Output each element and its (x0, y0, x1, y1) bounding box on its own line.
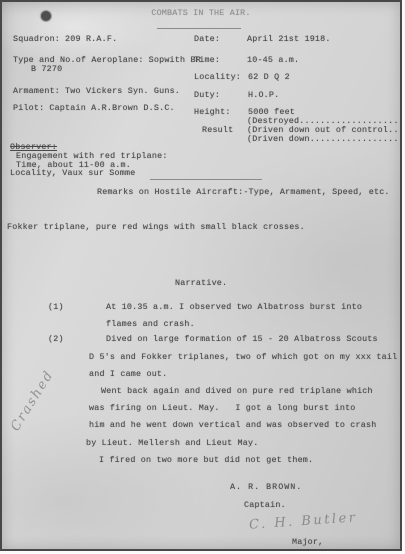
squadron-value: 209 R.A.F. (60, 34, 117, 44)
observer-note-locality: Locality, Vaux sur Somme (10, 169, 135, 178)
armament-label: Armament: (13, 86, 60, 96)
narrative-item-2-number: (2) (48, 335, 64, 344)
duty-value: H.O.P. (248, 91, 279, 100)
combat-report-scan: COMBATS IN THE AIR. Squadron:209 R.A.F. … (0, 0, 405, 554)
narrative-item-2-line-2: D 5's and Fokker triplanes, two of which… (89, 353, 397, 362)
narrative-heading: Narrative. (175, 279, 227, 288)
locality-value: 62 D Q 2 (248, 73, 290, 82)
pilot-label: Pilot: (13, 103, 44, 113)
pilot-field: Pilot:Captain A.R.Brown D.S.C. (13, 104, 175, 113)
armament-value: Two Vickers Syn. Guns. (60, 86, 180, 96)
serial-number: B 7270 (31, 65, 62, 74)
duty-label: Duty: (194, 91, 220, 100)
remarks-heading: Remarks on Hostile Aircraft:-Type, Armam… (97, 188, 390, 197)
result-option-driven-down: (Driven down............................… (247, 135, 402, 144)
squadron-field: Squadron:209 R.A.F. (13, 35, 117, 44)
margin-note-handwriting: Crashed (8, 367, 57, 433)
narrative-para2-line-4: by Lieut. Mellersh and Lieut May. (86, 439, 258, 448)
narrative-para2-line-3: him and he went down vertical and was ob… (89, 421, 376, 430)
date-label: Date: (194, 35, 220, 44)
time-label: Time: (194, 56, 220, 65)
squadron-label: Squadron: (13, 34, 60, 44)
height-value: 5000 feet (248, 108, 295, 117)
title-underline (157, 28, 241, 29)
locality-label: Locality: (194, 73, 241, 82)
commander-signature-handwriting: C. H. Butler (249, 510, 358, 533)
hostile-aircraft-description: Fokker triplane, pure red wings with sma… (7, 223, 305, 232)
pilot-signature-name: A. R. BROWN. (230, 483, 302, 492)
narrative-para2-line-1: Went back again and dived on pure red tr… (101, 387, 373, 396)
result-label: Result (202, 126, 233, 135)
pilot-signature-rank: Captain. (244, 501, 286, 510)
pilot-value: Captain A.R.Brown D.S.C. (44, 103, 174, 113)
combat-report-page: COMBATS IN THE AIR. Squadron:209 R.A.F. … (0, 0, 402, 551)
date-value: April 21st 1918. (247, 35, 331, 44)
narrative-item-1-line-1: At 10.35 a.m. I observed two Albatross b… (106, 303, 362, 312)
commander-rank: Major, (292, 538, 323, 547)
report-title: COMBATS IN THE AIR. (2, 9, 400, 18)
section-divider (150, 179, 262, 180)
time-value: 10-45 a.m. (247, 56, 299, 65)
result-option-destroyed: (Destroyed..............................… (247, 117, 402, 126)
narrative-item-2-line-3: and I came out. (89, 370, 167, 379)
height-label: Height: (194, 108, 231, 117)
narrative-item-1-line-2: flames and crash. (106, 320, 195, 329)
narrative-item-2-line-1: Dived on large formation of 15 - 20 Alba… (106, 335, 378, 344)
aeroplane-value: Sopwith BR (144, 55, 201, 65)
narrative-para2-line-2: was firing on Lieut. May. I got a long b… (89, 404, 356, 413)
result-option-driven-down-ooc: (Driven down out of control.............… (247, 126, 402, 135)
narrative-para3-line: I fired on two more but did not get them… (99, 456, 313, 465)
armament-field: Armament:Two Vickers Syn. Guns. (13, 87, 180, 96)
narrative-item-1-number: (1) (48, 303, 64, 312)
